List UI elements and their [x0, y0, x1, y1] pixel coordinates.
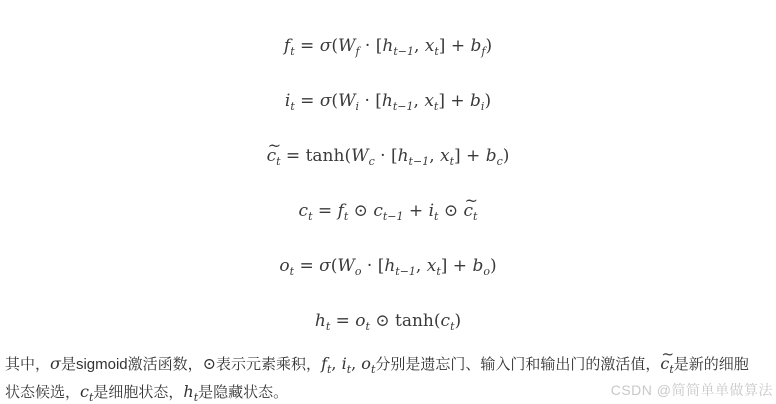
- cjk-text: 分别是遗忘门、输入门和输出门的激活值，: [375, 356, 660, 373]
- article-page: { "colors": { "background": "#ffffff", "…: [0, 0, 776, 404]
- math-var: ft: [321, 354, 331, 373]
- math-op: · [: [360, 36, 383, 56]
- math-op: ): [484, 91, 491, 111]
- math-op: ⊙: [348, 201, 373, 221]
- math-var: ft: [338, 201, 349, 221]
- math-subscript: t−1: [409, 155, 430, 168]
- csdn-watermark: CSDN @简简单单做算法: [611, 380, 773, 400]
- math-var: ot: [355, 311, 370, 331]
- math-var: it: [429, 201, 439, 221]
- math-var: ~ct: [267, 146, 281, 166]
- cjk-text: 其中，: [5, 356, 50, 373]
- equation-candidate-cell-state: ~ct = tanh(Wc · [ht−1, xt] + bc): [0, 128, 776, 183]
- math-op: ,: [331, 354, 341, 373]
- math-var: xt: [440, 146, 454, 166]
- math-var: ht: [183, 382, 198, 401]
- math-var: it: [342, 354, 352, 373]
- math-op: ): [454, 311, 461, 331]
- math-op: · [: [361, 256, 384, 276]
- math-op: ,: [414, 91, 425, 111]
- equation-output-gate: ot = σ(Wo · [ht−1, xt] + bo): [0, 238, 776, 293]
- math-op: ,: [414, 36, 425, 56]
- math-op: ): [485, 36, 492, 56]
- math-op: +: [404, 201, 429, 221]
- math-var: ct: [441, 311, 455, 331]
- math-var: ct: [80, 382, 93, 401]
- math-op: ] +: [438, 91, 470, 111]
- equation-cell-state-update: ct = ft ⊙ ct−1 + it ⊙ ~ct: [0, 183, 776, 238]
- math-var: bc: [486, 146, 503, 166]
- cjk-text: 是sigmoid激活函数，: [61, 356, 203, 373]
- math-var: ht−1: [382, 36, 414, 56]
- cjk-text: 是隐藏状态。: [198, 384, 288, 401]
- math-op: = tanh(: [281, 146, 352, 166]
- math-subscript: o: [483, 265, 490, 278]
- math-var: Wc: [351, 146, 375, 166]
- math-var: ct−1: [373, 201, 403, 221]
- math-subscript: o: [355, 265, 362, 278]
- math-var: xt: [425, 36, 439, 56]
- math-op: (: [331, 91, 338, 111]
- math-op: =: [295, 91, 320, 111]
- math-op: · [: [359, 91, 382, 111]
- math-var: xt: [427, 256, 441, 276]
- math-var: bi: [470, 91, 484, 111]
- math-subscript: t−1: [393, 45, 414, 58]
- math-op: (: [331, 36, 338, 56]
- math-op: ⊙: [438, 201, 463, 221]
- math-var: ot: [279, 256, 294, 276]
- equation-input-gate: it = σ(Wi · [ht−1, xt] + bi): [0, 73, 776, 128]
- math-var: ht−1: [398, 146, 430, 166]
- math-op: ): [490, 256, 497, 276]
- math-var: ~ct: [464, 201, 478, 221]
- math-op: ⊙ tanh(: [370, 311, 441, 331]
- tilde-accent: ~: [268, 136, 282, 155]
- math-subscript: t−1: [395, 265, 416, 278]
- math-subscript: t: [473, 210, 477, 223]
- math-var: σ: [50, 354, 61, 373]
- math-var: bo: [472, 256, 490, 276]
- math-var: it: [285, 91, 295, 111]
- math-op: ] +: [441, 256, 473, 276]
- math-op: ] +: [454, 146, 486, 166]
- math-var: bf: [470, 36, 485, 56]
- equation-forget-gate: ft = σ(Wf · [ht−1, xt] + bf): [0, 18, 776, 73]
- math-var: σ: [320, 91, 332, 111]
- math-var: σ: [320, 36, 332, 56]
- math-var: ~ct: [660, 354, 673, 373]
- cjk-text: 是细胞状态，: [93, 384, 183, 401]
- math-var: ft: [284, 36, 295, 56]
- math-var: ct: [299, 201, 313, 221]
- cjk-text: 表示元素乘积，: [216, 356, 321, 373]
- math-var: ot: [361, 354, 375, 373]
- math-op: =: [294, 256, 319, 276]
- math-subscript: t−1: [383, 210, 404, 223]
- math-op: =: [330, 311, 355, 331]
- math-var: ht: [315, 311, 330, 331]
- math-op: ⊙: [203, 354, 216, 373]
- tilde-accent: ~: [465, 191, 479, 210]
- math-var: σ: [319, 256, 331, 276]
- math-subscript: t−1: [393, 100, 414, 113]
- equation-block: ft = σ(Wf · [ht−1, xt] + bf)it = σ(Wi · …: [0, 0, 776, 348]
- math-op: (: [331, 256, 338, 276]
- math-var: xt: [424, 91, 438, 111]
- math-var: Wi: [338, 91, 359, 111]
- math-var: ht−1: [382, 91, 414, 111]
- math-var: Wf: [338, 36, 360, 56]
- math-op: ,: [416, 256, 427, 276]
- math-op: ,: [429, 146, 440, 166]
- math-var: Wo: [337, 256, 361, 276]
- math-op: ): [503, 146, 510, 166]
- math-op: ] +: [439, 36, 471, 56]
- math-op: ,: [351, 354, 361, 373]
- equation-hidden-state: ht = ot ⊙ tanh(ct): [0, 293, 776, 348]
- tilde-accent: ~: [661, 341, 674, 368]
- math-var: ht−1: [384, 256, 416, 276]
- math-op: =: [313, 201, 338, 221]
- math-op: · [: [375, 146, 398, 166]
- math-op: =: [295, 36, 320, 56]
